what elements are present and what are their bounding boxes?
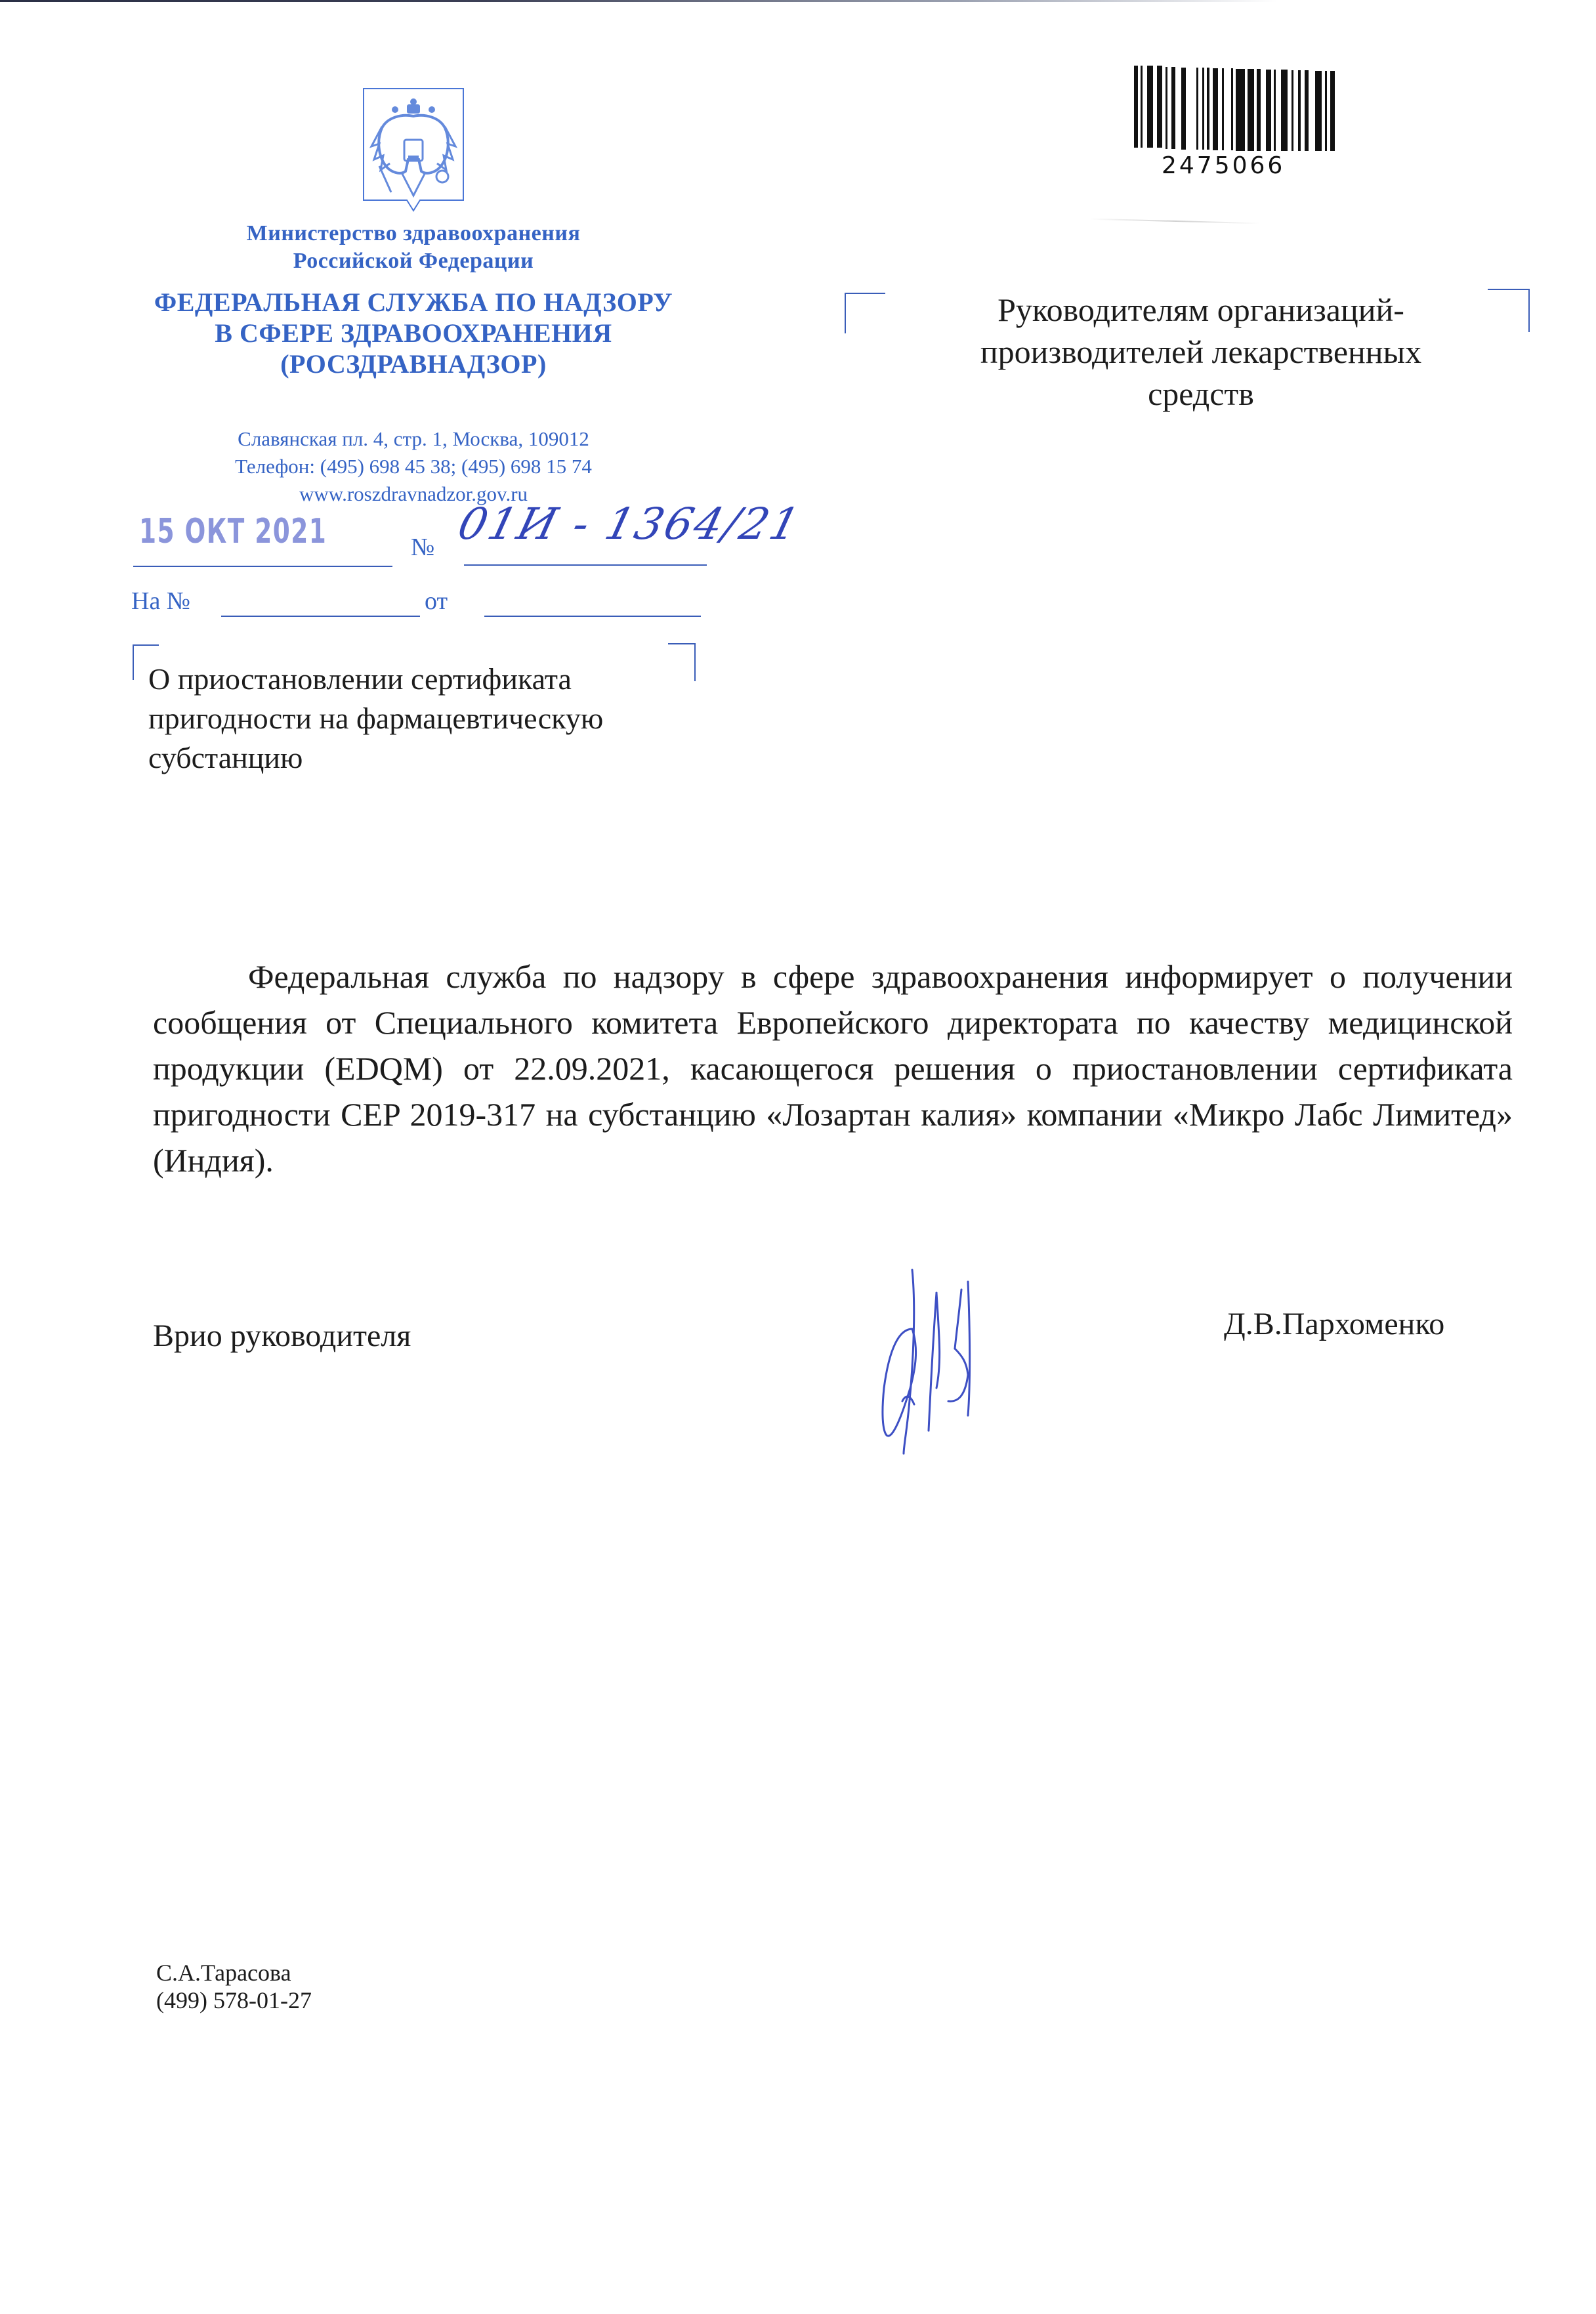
contact-name: С.А.Тарасова bbox=[156, 1959, 312, 1987]
contact-person: С.А.Тарасова (499) 578-01-27 bbox=[156, 1959, 312, 2014]
ministry-name: Министерство здравоохранения Российской … bbox=[151, 220, 676, 275]
subject-line: пригодности на фармацевтическую bbox=[148, 699, 713, 738]
recipient-line: производителей лекарственных bbox=[912, 331, 1490, 373]
reference-date-line bbox=[484, 616, 701, 617]
contact-phone: (499) 578-01-27 bbox=[156, 1987, 312, 2014]
subject-line: субстанцию bbox=[148, 738, 713, 778]
reference-number-label: На № bbox=[131, 587, 190, 616]
signatory-title: Врио руководителя bbox=[153, 1318, 411, 1354]
number-underline bbox=[464, 564, 707, 566]
recipient-bracket-right bbox=[1488, 289, 1530, 332]
recipient-bracket-left bbox=[845, 293, 885, 333]
service-name: ФЕДЕРАЛЬНАЯ СЛУЖБА ПО НАДЗОРУ В СФЕРЕ ЗД… bbox=[112, 287, 715, 379]
reference-number-line bbox=[221, 616, 420, 617]
date-stamp: 15 ОКТ 2021 bbox=[139, 512, 327, 551]
address-line: Славянская пл. 4, стр. 1, Москва, 109012 bbox=[151, 425, 676, 453]
subject-line: О приостановлении сертификата bbox=[148, 660, 713, 699]
letterhead-address: Славянская пл. 4, стр. 1, Москва, 109012… bbox=[151, 425, 676, 508]
scan-edge bbox=[0, 0, 1596, 2]
handwritten-signature-icon bbox=[863, 1263, 1060, 1460]
scan-artifact bbox=[1089, 219, 1260, 224]
signatory-name: Д.В.Пархоменко bbox=[1224, 1306, 1444, 1342]
ministry-line: Российской Федерации bbox=[151, 247, 676, 275]
service-line: (РОСЗДРАВНАДЗОР) bbox=[112, 348, 715, 379]
recipient-line: Руководителям организаций- bbox=[912, 289, 1490, 331]
letter-page: 2475066 Министерство здравоохранения Рос… bbox=[0, 0, 1596, 2314]
barcode-number: 2475066 bbox=[1162, 152, 1285, 179]
phone-line: Телефон: (495) 698 45 38; (495) 698 15 7… bbox=[151, 453, 676, 480]
recipient: Руководителям организаций- производителе… bbox=[912, 289, 1490, 415]
recipient-line: средств bbox=[912, 373, 1490, 415]
registration-number: 01И - 1364/21 bbox=[453, 499, 806, 549]
coat-of-arms-icon bbox=[362, 87, 465, 212]
letter-body: Федеральная служба по надзору в сфере зд… bbox=[153, 954, 1513, 1183]
letter-subject: О приостановлении сертификата пригодност… bbox=[148, 660, 713, 778]
date-underline bbox=[133, 566, 392, 567]
reference-date-label: от bbox=[425, 587, 448, 616]
service-line: ФЕДЕРАЛЬНАЯ СЛУЖБА ПО НАДЗОРУ bbox=[112, 287, 715, 318]
service-line: В СФЕРЕ ЗДРАВООХРАНЕНИЯ bbox=[112, 318, 715, 348]
barcode-icon bbox=[1134, 66, 1337, 151]
number-sign: № bbox=[411, 533, 434, 562]
ministry-line: Министерство здравоохранения bbox=[151, 220, 676, 247]
